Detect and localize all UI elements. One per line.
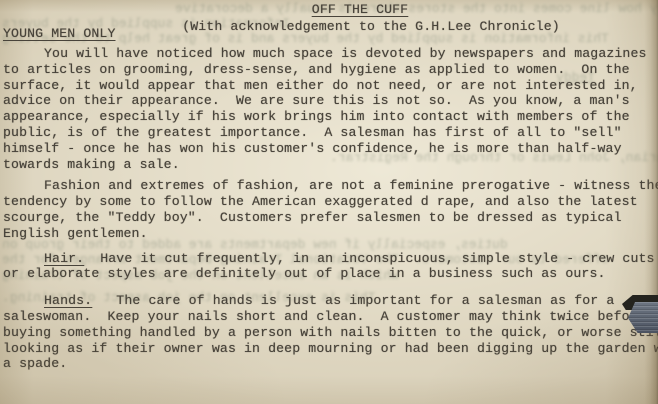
text-line: advice on their appearance. We are sure … [3,93,658,109]
binder-clip [622,295,658,335]
text-line: scourge, the "Teddy boy". Customers pref… [3,210,658,226]
text-line: a spade. [3,356,658,372]
text-line: You will have noticed how much space is … [3,46,658,62]
text-line: surface, it would appear that men either… [3,78,658,94]
text-line: tendency by some to follow the American … [3,194,658,210]
text-line: appearance, especially if his work bring… [3,109,658,125]
text-line: buying something handled by a person wit… [3,325,658,341]
paragraph-fashion: Fashion and extremes of fashion, are not… [3,178,658,241]
text-line: himself - once he has won his customer's… [3,141,658,157]
text-line: saleswoman. Keep your nails short and cl… [3,309,658,325]
text-line: English gentlemen. [3,226,658,242]
doc-subtitle: (With acknowledgement to the G.H.Lee Chr… [182,19,560,34]
text-line: Have it cut frequently, in an inconspicu… [84,251,654,266]
paragraph-hands: Hands. The care of hands is just as impo… [3,293,658,372]
text-line: or elaborate styles are definitely out o… [3,266,658,282]
document-body: You will have noticed how much space is … [3,46,658,372]
paragraph-intro: You will have noticed how much space is … [3,46,658,172]
side-heading: YOUNG MEN ONLY [3,26,115,41]
text-line: Hands. The care of hands is just as impo… [3,293,658,309]
page-title: OFF THE CUFF [312,2,408,17]
doc-title-row: OFF THE CUFF [0,2,658,18]
side-heading-row: YOUNG MEN ONLY [3,26,115,42]
text-line: public, is of the greatest importance. A… [3,125,658,141]
text-line: The care of hands is just as important f… [92,293,614,308]
paragraph-hair: Hair. Have it cut frequently, in an inco… [3,251,658,283]
hands-heading: Hands. [44,293,92,308]
scanned-document-page: may how line comes into the stores there… [0,0,658,404]
text-line: Hair. Have it cut frequently, in an inco… [3,251,658,267]
text-line: looking as if their owner was in deep mo… [3,341,658,357]
hair-heading: Hair. [44,251,84,266]
text-line: to articles on grooming, dress-sense, an… [3,62,658,78]
text-line: Fashion and extremes of fashion, are not… [3,178,658,194]
text-line: towards making a sale. [3,157,658,173]
